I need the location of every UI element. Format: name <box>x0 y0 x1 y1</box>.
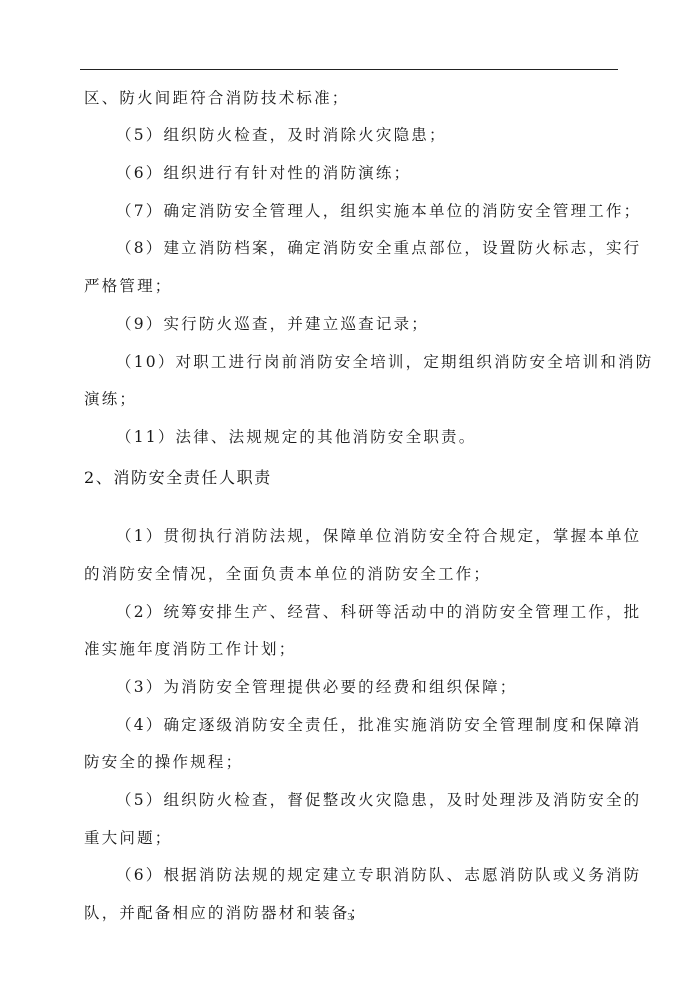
list-item-7: （7）确定消防安全管理人，组织实施本单位的消防安全管理工作； <box>116 201 641 221</box>
duty-item-6: （6）根据消防法规的规定建立专职消防队、志愿消防队或义务消防 <box>116 865 641 885</box>
duty-item-1: （1）贯彻执行消防法规，保障单位消防安全符合规定，掌握本单位 <box>116 526 641 546</box>
list-item-10-cont: 演练； <box>84 389 137 409</box>
duty-item-4: （4）确定逐级消防安全责任，批准实施消防安全管理制度和保障消 <box>116 715 641 735</box>
duty-item-1-cont: 的消防安全情况，全面负责本单位的消防安全工作； <box>84 564 491 584</box>
list-item-10: （10）对职工进行岗前消防安全培训，定期组织消防安全培训和消防 <box>116 352 653 372</box>
list-item-6: （6）组织进行有针对性的消防演练； <box>116 163 411 183</box>
duty-item-3: （3）为消防安全管理提供必要的经费和组织保障； <box>116 677 517 697</box>
duty-item-2-cont: 准实施年度消防工作计划； <box>84 639 296 659</box>
list-item-8-cont: 严格管理； <box>84 276 173 296</box>
list-item-11: （11）法律、法规规定的其他消防安全职责。 <box>116 427 476 447</box>
paragraph-line: 区、防火间距符合消防技术标准； <box>84 88 350 108</box>
header-rule <box>80 69 618 70</box>
list-item-9: （9）实行防火巡查，并建立巡查记录； <box>116 314 429 334</box>
duty-item-4-cont: 防安全的操作规程； <box>84 752 243 772</box>
page-number: 3 <box>0 911 700 923</box>
duty-item-5-cont: 重大问题； <box>84 828 173 848</box>
section-heading: 2、消防安全责任人职责 <box>84 468 272 488</box>
duty-item-5: （5）组织防火检查，督促整改火灾隐患，及时处理涉及消防安全的 <box>116 790 641 810</box>
list-item-5: （5）组织防火检查，及时消除火灾隐患； <box>116 125 447 145</box>
list-item-8: （8）建立消防档案，确定消防安全重点部位，设置防火标志，实行 <box>116 238 641 258</box>
duty-item-2: （2）统筹安排生产、经营、科研等活动中的消防安全管理工作，批 <box>116 602 641 622</box>
